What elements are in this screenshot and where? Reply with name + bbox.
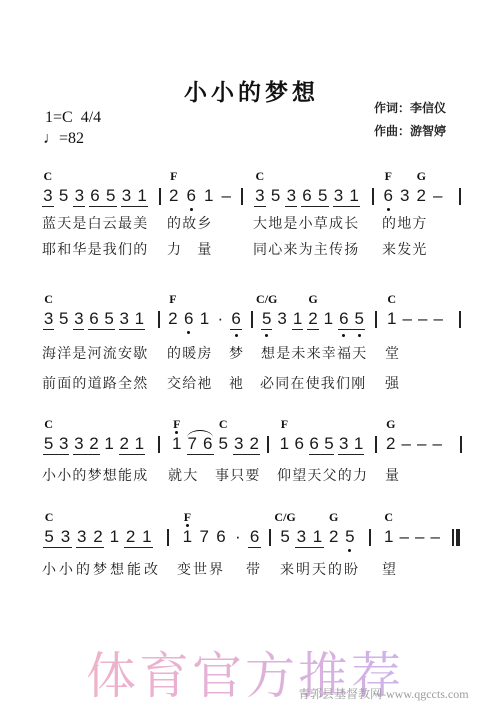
underline-group: 31 — [117, 309, 147, 329]
barline — [251, 311, 253, 328]
note: 1 — [346, 186, 362, 206]
lyric-segment: 堂 — [385, 343, 400, 363]
lyric-segment: 望 — [382, 559, 397, 579]
note: 1 — [134, 186, 150, 206]
note: 2 — [247, 434, 263, 454]
note-group: 2 — [383, 434, 399, 454]
chord-label: F — [385, 169, 392, 184]
note: 3 — [283, 186, 299, 206]
note: 7 — [196, 527, 213, 547]
note: 5 — [277, 527, 293, 547]
note: 2 — [383, 434, 399, 454]
dash: – — [430, 434, 446, 454]
lyric-segment: 来明天的盼 — [280, 559, 360, 579]
note-group: 1 — [200, 186, 218, 206]
barline — [167, 529, 169, 546]
chord-label: F — [170, 169, 177, 184]
note-group: 1 — [102, 434, 117, 454]
note-group: – — [414, 434, 430, 454]
measure: 3536531C — [41, 309, 147, 329]
measure: 261·6F — [165, 309, 244, 329]
lyric-segment: 小小的梦想能成 — [42, 465, 148, 485]
measure: 53125C/GG — [277, 527, 358, 547]
lyric-segment: 大地是小草成长 — [253, 213, 359, 233]
note: 6 — [213, 527, 230, 547]
barline — [369, 529, 371, 546]
chord-label: C — [44, 169, 53, 184]
chord-label: F — [169, 292, 176, 307]
note: 3 — [71, 186, 87, 206]
note-group: 5 — [56, 309, 71, 329]
note: 1 — [102, 434, 117, 454]
augmentation-dot: · — [229, 527, 246, 547]
lyric-segment: 梦 — [229, 343, 244, 363]
note: 2 — [305, 309, 320, 329]
note-group: 5 — [342, 527, 358, 547]
dash: – — [218, 186, 236, 206]
note-group: 3 — [397, 186, 414, 206]
underline-group: 65 — [307, 434, 337, 454]
underline-group: 65 — [87, 186, 118, 206]
measure: 3536531C — [40, 186, 150, 206]
note: 2 — [117, 434, 132, 454]
lyric-segment: 量 — [385, 465, 400, 485]
watermark-site: 青郭县基督教网-www.qgccts.com — [298, 685, 469, 702]
note: 6 — [246, 527, 263, 547]
note-group: 2 — [413, 186, 430, 206]
note-group: 6 — [213, 527, 230, 547]
note: 3 — [336, 434, 351, 454]
chord-label: G — [417, 169, 426, 184]
note-group: – — [430, 434, 446, 454]
note: 1 — [179, 527, 196, 547]
lyric-segment: 仰望天父的力 — [277, 465, 368, 485]
note: 2 — [326, 527, 342, 547]
lyric-segment: 强 — [385, 373, 400, 393]
note-group: – — [399, 434, 415, 454]
underline-group: 3 — [252, 186, 268, 206]
note: 3 — [57, 527, 73, 547]
note: 1 — [132, 434, 147, 454]
note: 2 — [122, 527, 138, 547]
note: 3 — [40, 186, 56, 206]
measure: 5312165C/GG — [259, 309, 367, 329]
underline-group: 53 — [41, 434, 71, 454]
lyric-segment: 变世界 — [177, 559, 225, 579]
underline-group: 65 — [299, 186, 330, 206]
barline — [459, 188, 461, 205]
lyric-segment: 想是未来幸福天 — [261, 343, 367, 363]
note: 1 — [132, 309, 147, 329]
note: 6 — [228, 309, 244, 329]
note: 5 — [352, 309, 367, 329]
measure: 166531F — [277, 434, 366, 454]
chord-label: C — [387, 292, 396, 307]
note: 2 — [165, 309, 181, 329]
measure: 1–––C — [384, 309, 446, 329]
chord-label: F — [184, 510, 191, 525]
note-group: – — [400, 309, 416, 329]
note: 6 — [181, 309, 197, 329]
note: 6 — [307, 434, 322, 454]
note-group: 1 — [169, 434, 185, 454]
barline — [269, 529, 271, 546]
note-group: 1 — [106, 527, 122, 547]
note: 5 — [322, 434, 337, 454]
note: 2 — [90, 527, 106, 547]
measure: 1–––C — [381, 527, 443, 547]
chord-label: G — [308, 292, 317, 307]
measure: 176532FC — [169, 434, 262, 454]
note: 2 — [165, 186, 183, 206]
note: 1 — [351, 434, 366, 454]
note-group: 5 — [216, 434, 232, 454]
lyric-segment: 的暖房 — [167, 343, 213, 363]
underline-group: 3 — [283, 186, 299, 206]
note: 1 — [384, 309, 400, 329]
note: 3 — [56, 434, 71, 454]
underline-group: 31 — [293, 527, 325, 547]
chord-label: F — [173, 417, 180, 432]
underline-group: 1 — [290, 309, 305, 329]
note: 6 — [183, 186, 201, 206]
note: 3 — [119, 186, 135, 206]
underline-group: 31 — [331, 186, 362, 206]
underline-group: 65 — [86, 309, 116, 329]
note-group: 5 — [56, 186, 72, 206]
note: 5 — [41, 527, 57, 547]
underline-group: 6 — [228, 309, 244, 329]
note-group: 1 — [179, 527, 196, 547]
lyric-segment: 蓝天是白云最美 — [42, 213, 148, 233]
note: 1 — [309, 527, 325, 547]
underline-group: 6 — [246, 527, 263, 547]
dash: – — [431, 309, 447, 329]
note: 1 — [139, 527, 155, 547]
lyric-segment: 事只要 — [215, 465, 261, 485]
lyric-segment: 来发光 — [382, 239, 428, 259]
note: 1 — [321, 309, 336, 329]
underline-group: 21 — [117, 434, 147, 454]
chord-label: F — [281, 417, 288, 432]
note: 5 — [216, 434, 232, 454]
note-group: – — [415, 309, 431, 329]
underline-group: 65 — [336, 309, 367, 329]
chord-label: C — [44, 417, 53, 432]
dash: – — [414, 434, 430, 454]
note-group: – — [431, 309, 447, 329]
note: 5 — [56, 186, 72, 206]
composer-credit: 作曲：游智婷 — [374, 122, 446, 139]
final-barline-thin — [452, 529, 454, 546]
note-group: 6 — [292, 434, 307, 454]
lyric-segment: 小小的梦想能改 — [42, 559, 161, 579]
note: 5 — [342, 527, 358, 547]
barline — [241, 188, 243, 205]
note-group: 2 — [165, 309, 181, 329]
lyric-segment: 的故乡 — [167, 213, 213, 233]
dash: – — [412, 527, 428, 547]
chord-label: G — [329, 510, 338, 525]
note-group: 5 — [277, 527, 293, 547]
lyric-segment: 同心来为主传扬 — [253, 239, 359, 259]
underline-group: 31 — [119, 186, 150, 206]
measure: 632–FG — [380, 186, 446, 206]
lyric-segment: 就大 — [168, 465, 198, 485]
barline — [459, 311, 461, 328]
underline-group: 3 — [41, 309, 56, 329]
chord-label: G — [386, 417, 395, 432]
underline-group: 21 — [122, 527, 155, 547]
note: 6 — [86, 309, 101, 329]
note-group: 1 — [384, 309, 400, 329]
lyricist-credit: 作词：李信仪 — [374, 99, 446, 116]
final-barline-thick — [456, 529, 460, 546]
augmentation-dot: · — [212, 309, 228, 329]
note: 3 — [331, 186, 347, 206]
note: 5 — [315, 186, 331, 206]
chord-label: C — [384, 510, 393, 525]
lyric-segment: 必同在使我们刚 — [260, 373, 366, 393]
barline — [372, 188, 374, 205]
dash: – — [400, 309, 416, 329]
note-group: 1 — [321, 309, 336, 329]
lyric-segment: 祂 — [229, 373, 244, 393]
note: 3 — [117, 309, 132, 329]
underline-group: 5 — [259, 309, 274, 329]
underline-group: 2 — [305, 309, 320, 329]
chord-label: C/G — [274, 510, 295, 525]
note: 3 — [41, 309, 56, 329]
underline-group: 31 — [336, 434, 366, 454]
chord-label: C/G — [256, 292, 277, 307]
measure: 5332121C — [41, 527, 155, 547]
note-group: · — [212, 309, 228, 329]
chord-label: C — [44, 292, 53, 307]
underline-group: 3 — [71, 186, 87, 206]
lyric-segment: 力 量 — [167, 239, 213, 259]
note-group: 1 — [277, 434, 292, 454]
note-group: 5 — [268, 186, 284, 206]
note: 1 — [200, 186, 218, 206]
note-group: 2 — [165, 186, 183, 206]
lyric-segment: 海洋是河流安歇 — [42, 343, 148, 363]
note: 2 — [413, 186, 430, 206]
note-group: · — [229, 527, 246, 547]
underline-group: 3 — [40, 186, 56, 206]
note-group: 6 — [183, 186, 201, 206]
note: 6 — [292, 434, 307, 454]
note-group: 3 — [274, 309, 289, 329]
note-group: 1 — [197, 309, 213, 329]
note: 5 — [41, 434, 56, 454]
measure: 5332121C — [41, 434, 147, 454]
measure: 176·6F — [179, 527, 263, 547]
dash: – — [430, 186, 447, 206]
note: 5 — [56, 309, 71, 329]
note: 1 — [106, 527, 122, 547]
song-title: 小小的梦想 — [184, 74, 319, 107]
note-group: – — [218, 186, 236, 206]
note: 6 — [299, 186, 315, 206]
measure: 2–––G — [383, 434, 445, 454]
lyric-segment: 交给祂 — [167, 373, 213, 393]
note-group: – — [430, 186, 447, 206]
slur — [187, 430, 214, 438]
note: 6 — [380, 186, 397, 206]
note-group: 7 — [196, 527, 213, 547]
barline — [159, 188, 161, 205]
dash: – — [397, 527, 413, 547]
note-group: 1 — [381, 527, 397, 547]
note: 5 — [268, 186, 284, 206]
barline — [375, 436, 377, 453]
note: 1 — [197, 309, 213, 329]
barline — [158, 311, 160, 328]
note-group: 6 — [181, 309, 197, 329]
barline — [375, 311, 377, 328]
note-group: – — [428, 527, 444, 547]
barline — [158, 436, 160, 453]
dash: – — [428, 527, 444, 547]
note-group: 6 — [380, 186, 397, 206]
lyric-segment: 前面的道路全然 — [42, 373, 148, 393]
chord-label: C — [256, 169, 265, 184]
note: 3 — [71, 434, 86, 454]
note: 3 — [397, 186, 414, 206]
note: 3 — [252, 186, 268, 206]
note-group: – — [397, 527, 413, 547]
note: 1 — [169, 434, 185, 454]
underline-group: 3 — [71, 309, 86, 329]
underline-group: 32 — [71, 434, 101, 454]
note: 3 — [231, 434, 247, 454]
note: 2 — [86, 434, 101, 454]
lyric-segment: 带 — [246, 559, 262, 579]
note: 6 — [336, 309, 351, 329]
note: 3 — [293, 527, 309, 547]
note-group: – — [412, 527, 428, 547]
note: 5 — [102, 309, 117, 329]
note: 3 — [74, 527, 90, 547]
underline-group: 32 — [231, 434, 262, 454]
note: 3 — [274, 309, 289, 329]
barline — [267, 436, 269, 453]
tempo-marking: ♩=82 — [43, 130, 84, 148]
note: 6 — [87, 186, 103, 206]
measure: 3536531C — [252, 186, 362, 206]
key-signature: 1=C 4/4 — [45, 109, 101, 127]
note: 5 — [259, 309, 274, 329]
lyric-segment: 的地方 — [382, 213, 428, 233]
dash: – — [399, 434, 415, 454]
underline-group: 32 — [74, 527, 107, 547]
chord-label: C — [219, 417, 228, 432]
note: 3 — [71, 309, 86, 329]
underline-group: 53 — [41, 527, 74, 547]
note: 5 — [103, 186, 119, 206]
dash: – — [415, 309, 431, 329]
note-group: 2 — [326, 527, 342, 547]
barline — [460, 436, 462, 453]
lyric-segment: 耶和华是我们的 — [42, 239, 148, 259]
chord-label: C — [45, 510, 54, 525]
note: 1 — [290, 309, 305, 329]
measure: 261–F — [165, 186, 235, 206]
note: 1 — [381, 527, 397, 547]
note: 1 — [277, 434, 292, 454]
